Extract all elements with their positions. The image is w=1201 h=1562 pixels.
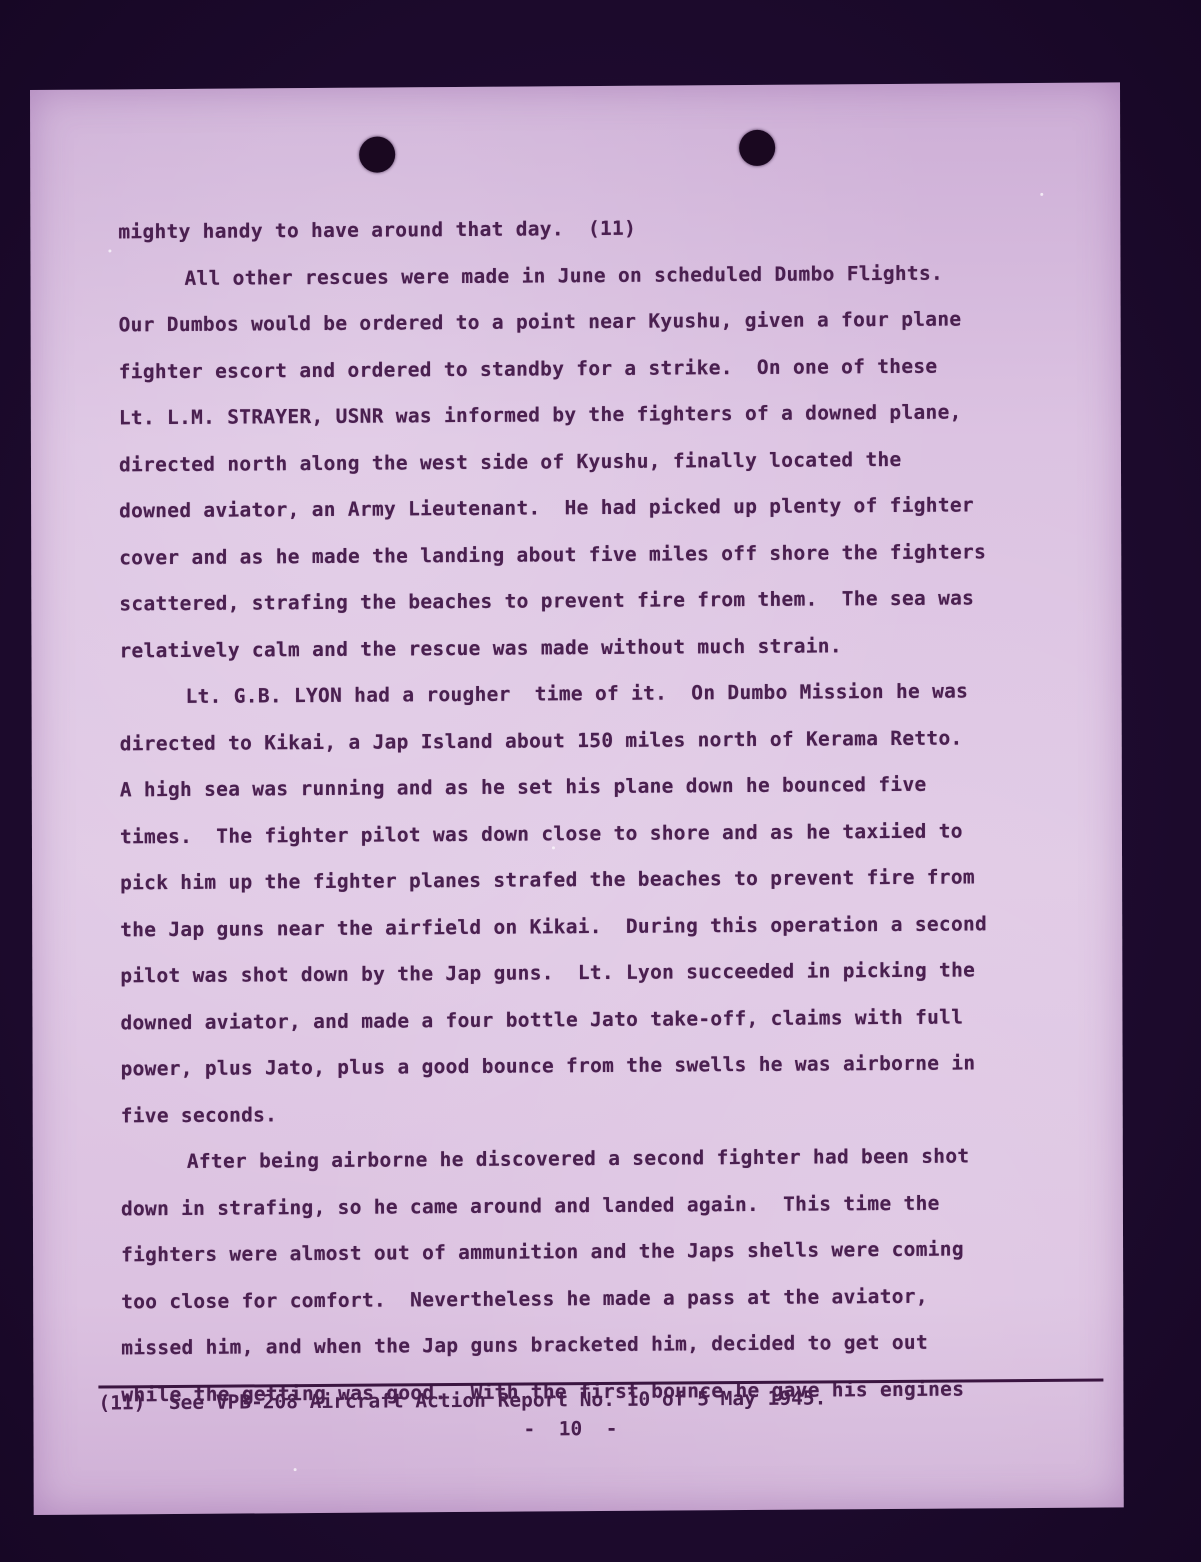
text-line: Our Dumbos would be ordered to a point n…: [119, 295, 1109, 348]
document-page: mighty handy to have around that day. (1…: [30, 82, 1124, 1515]
text-line: pilot was shot down by the Jap guns. Lt.…: [120, 946, 1110, 999]
text-line: five seconds.: [121, 1086, 1111, 1139]
dust-speck: [294, 1468, 297, 1471]
punch-hole-left: [359, 136, 395, 172]
text-line: times. The fighter pilot was down close …: [120, 807, 1110, 860]
text-line: down in strafing, so he came around and …: [121, 1179, 1111, 1232]
text-line: downed aviator, an Army Lieutenant. He h…: [119, 481, 1109, 534]
punch-hole-right: [739, 130, 775, 166]
film-frame: mighty handy to have around that day. (1…: [0, 0, 1201, 1562]
text-line: pick him up the fighter planes strafed t…: [120, 853, 1110, 906]
text-line: All other rescues were made in June on s…: [118, 249, 1108, 302]
dust-speck: [108, 249, 111, 252]
text-line: downed aviator, and made a four bottle J…: [120, 993, 1110, 1046]
page-number: - 10 -: [523, 1413, 723, 1444]
text-line: missed him, and when the Jap guns bracke…: [121, 1318, 1111, 1371]
dust-speck: [1040, 193, 1043, 196]
text-line: fighter escort and ordered to standby fo…: [119, 342, 1109, 395]
body-text: mighty handy to have around that day. (1…: [118, 202, 1111, 1418]
text-line: cover and as he made the landing about f…: [119, 528, 1109, 581]
text-line: Lt. L.M. STRAYER, USNR was informed by t…: [119, 388, 1109, 441]
text-line: too close for comfort. Nevertheless he m…: [121, 1272, 1111, 1325]
text-line: After being airborne he discovered a sec…: [121, 1132, 1111, 1185]
text-line: Lt. G.B. LYON had a rougher time of it. …: [120, 667, 1110, 720]
text-line: the Jap guns near the airfield on Kikai.…: [120, 900, 1110, 953]
text-line: directed to Kikai, a Jap Island about 15…: [120, 714, 1110, 767]
text-line: relatively calm and the rescue was made …: [119, 621, 1109, 674]
text-line: A high sea was running and as he set his…: [120, 760, 1110, 813]
text-line: scattered, strafing the beaches to preve…: [119, 574, 1109, 627]
text-line: power, plus Jato, plus a good bounce fro…: [121, 1039, 1111, 1092]
text-line: mighty handy to have around that day. (1…: [118, 202, 1108, 255]
text-line: fighters were almost out of ammunition a…: [121, 1225, 1111, 1278]
text-line: directed north along the west side of Ky…: [119, 435, 1109, 488]
